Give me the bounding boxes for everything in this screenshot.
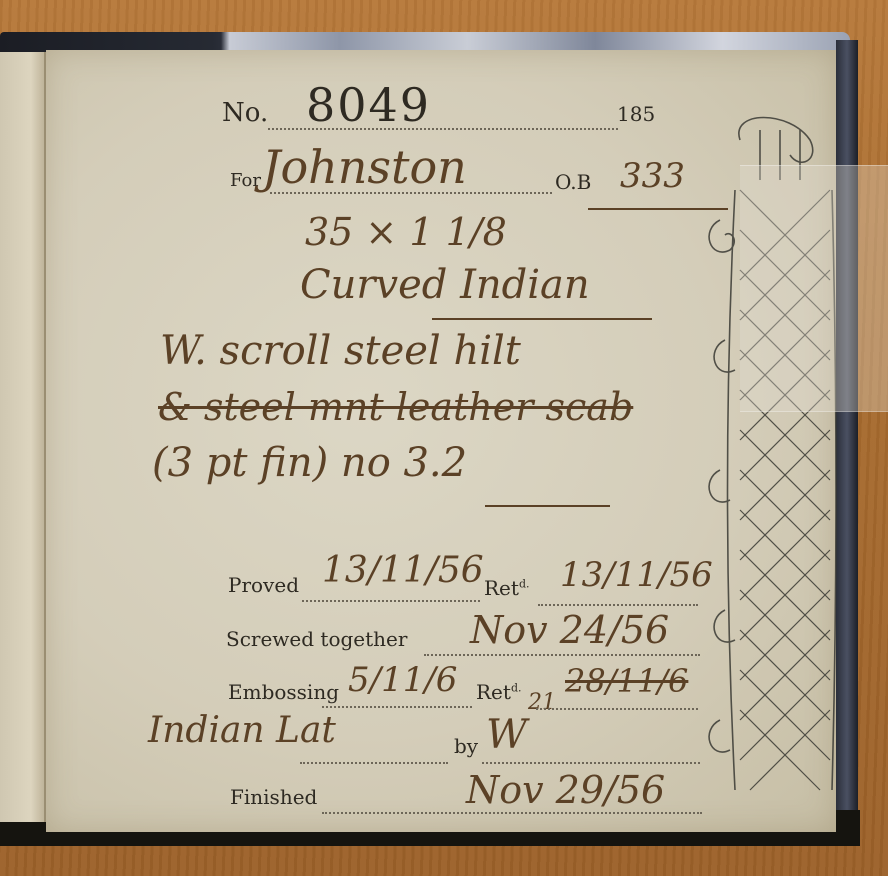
order-number: 8049 bbox=[306, 78, 431, 132]
ob-label: O.B bbox=[555, 170, 591, 194]
ob-number: 333 bbox=[620, 156, 685, 196]
embossing-ret-dotted-line bbox=[536, 708, 698, 710]
by-label: by bbox=[454, 734, 478, 758]
proved-ret-dotted-line bbox=[538, 604, 698, 606]
for-label: For bbox=[230, 170, 261, 191]
embossing-ret-correction: 21 bbox=[528, 690, 556, 715]
etched-handwritten-label: Indian Lat bbox=[148, 710, 336, 751]
screwed-date: Nov 24/56 bbox=[470, 608, 669, 652]
proved-ret-date: 13/11/56 bbox=[560, 555, 713, 595]
number-label: No. bbox=[222, 98, 268, 128]
embossing-date: 5/11/6 bbox=[348, 660, 457, 700]
description-dimensions: 35 × 1 1/8 bbox=[305, 210, 507, 254]
proved-date: 13/11/56 bbox=[322, 550, 484, 591]
proved-label: Proved bbox=[228, 573, 299, 597]
description-blade-type: Curved Indian bbox=[300, 262, 590, 308]
screwed-label: Screwed together bbox=[226, 627, 407, 651]
embossing-dotted-line bbox=[322, 706, 472, 708]
etched-dotted-line bbox=[300, 762, 448, 764]
adhesive-tape-strip bbox=[740, 165, 888, 412]
year-prefix: 185 bbox=[617, 102, 655, 126]
finished-date: Nov 29/56 bbox=[466, 768, 665, 812]
book-cover-top-edge bbox=[0, 32, 850, 52]
ob-underline bbox=[588, 208, 728, 210]
proved-ret-label: Retd. bbox=[484, 576, 529, 600]
number-dotted-line bbox=[268, 128, 618, 130]
number-underline bbox=[485, 505, 610, 507]
by-initial: W bbox=[486, 712, 527, 758]
description-hilt: W. scroll steel hilt bbox=[160, 328, 521, 374]
screwed-dotted-line bbox=[424, 654, 700, 656]
customer-name: Johnston bbox=[262, 140, 467, 194]
embossing-ret-date: 28/11/6 bbox=[565, 662, 688, 700]
facing-page-edge bbox=[0, 52, 46, 822]
embossing-label: Embossing bbox=[228, 680, 339, 704]
description-scabbard: & steel mnt leather scab bbox=[158, 385, 633, 429]
proved-dotted-line bbox=[302, 600, 480, 602]
finished-dotted-line bbox=[322, 812, 702, 814]
by-dotted-line bbox=[482, 762, 700, 764]
embossing-ret-label: Retd. bbox=[476, 680, 521, 704]
indian-underline bbox=[432, 318, 652, 320]
for-dotted-line bbox=[270, 192, 552, 194]
description-finish: (3 pt fin) no 3.2 bbox=[152, 440, 467, 486]
finished-label: Finished bbox=[230, 785, 317, 809]
